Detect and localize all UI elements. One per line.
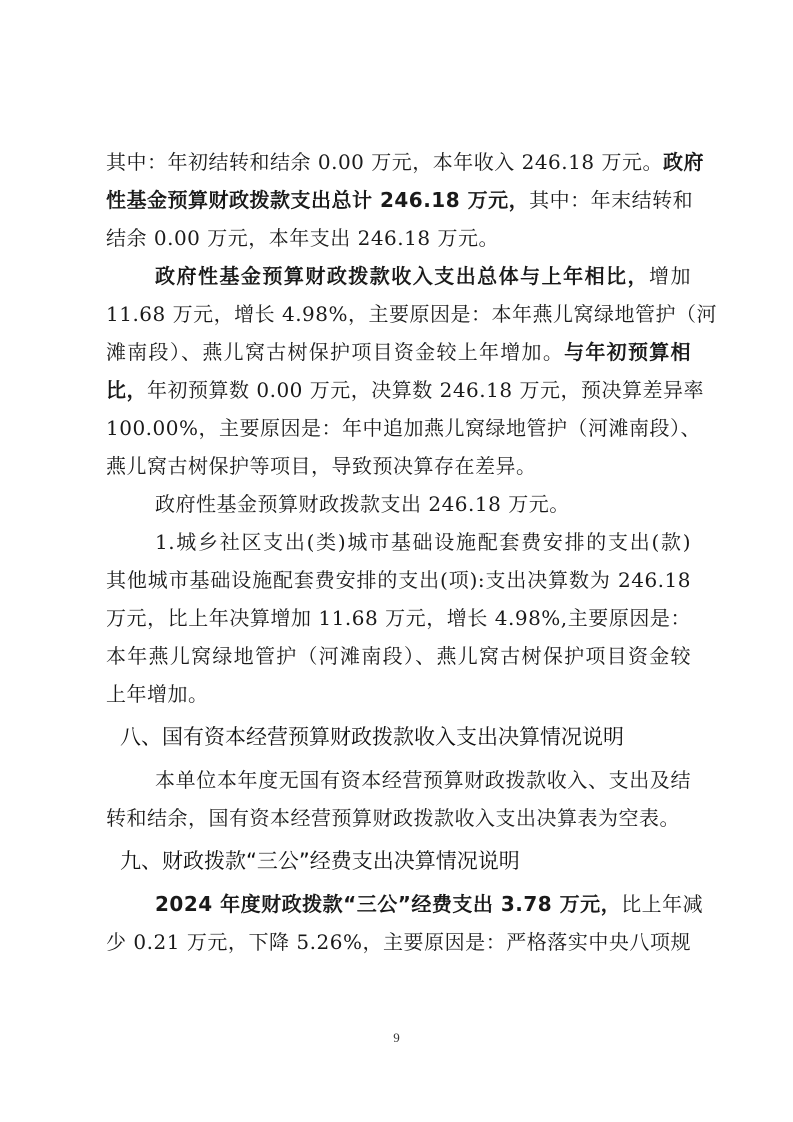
text-bold: 与年初预算相 [564, 340, 691, 364]
text-line: 万元，比上年决算增加 11.68 万元，增长 4.98%,主要原因是： [106, 599, 691, 637]
text-normal: 上年增加。 [106, 682, 209, 706]
text-line: 2024 年度财政拨款“三公”经费支出 3.78 万元，比上年减 [106, 885, 691, 923]
text-normal: 年初预算数 0.00 万元，决算数 246.18 万元，预决算差异率 [147, 378, 704, 402]
text-normal: 燕儿窝古树保护等项目，导致预决算存在差异。 [106, 454, 537, 478]
text-normal: 其他城市基础设施配套费安排的支出(项):支出决算数为 246.18 [106, 568, 691, 592]
text-normal: 增加 [649, 264, 691, 288]
text-line: 性基金预算财政拨款支出总计 246.18 万元，其中：年末结转和 [106, 181, 691, 219]
text-line: 结余 0.00 万元，本年支出 246.18 万元。 [106, 219, 691, 257]
text-line: 滩南段）、燕儿窝古树保护项目资金较上年增加。与年初预算相 [106, 333, 691, 371]
text-line: 本年燕儿窝绿地管护（河滩南段）、燕儿窝古树保护项目资金较 [106, 637, 691, 675]
text-line: 100.00%，主要原因是：年中追加燕儿窝绿地管护（河滩南段）、 [106, 409, 691, 447]
text-line: 燕儿窝古树保护等项目，导致预决算存在差异。 [106, 447, 691, 485]
section-9: 九、财政拨款“三公”经费支出决算情况说明 2024 年度财政拨款“三公”经费支出… [106, 839, 691, 961]
text-bold: 2024 年度财政拨款“三公”经费支出 3.78 万元， [155, 892, 621, 916]
text-line: 政府性基金预算财政拨款支出 246.18 万元。 [106, 485, 691, 523]
text-normal: 政府性基金预算财政拨款支出 246.18 万元。 [155, 492, 570, 516]
text-bold: 政府性基金预算财政拨款收入支出总体与上年相比， [155, 264, 649, 288]
text-bold: 性基金预算财政拨款支出总计 246.18 万元， [106, 188, 529, 212]
text-normal: 1.城乡社区支出(类)城市基础设施配套费安排的支出(款) [155, 530, 691, 554]
document-page: 其中：年初结转和结余 0.00 万元，本年收入 246.18 万元。政府 性基金… [0, 0, 793, 1122]
section-9-heading: 九、财政拨款“三公”经费支出决算情况说明 [106, 839, 691, 883]
text-normal: 结余 0.00 万元，本年支出 246.18 万元。 [106, 226, 499, 250]
section-8: 八、国有资本经营预算财政拨款收入支出决算情况说明 本单位本年度无国有资本经营预算… [106, 715, 691, 837]
paragraph-fund-budget-totals: 其中：年初结转和结余 0.00 万元，本年收入 246.18 万元。政府 性基金… [106, 143, 691, 257]
text-normal: 本年燕儿窝绿地管护（河滩南段）、燕儿窝古树保护项目资金较 [106, 644, 691, 668]
paragraph-expenditure-item-1: 1.城乡社区支出(类)城市基础设施配套费安排的支出(款) 其他城市基础设施配套费… [106, 523, 691, 713]
paragraph-year-comparison: 政府性基金预算财政拨款收入支出总体与上年相比，增加 11.68 万元，增长 4.… [106, 257, 691, 485]
paragraph-fund-expenditure: 政府性基金预算财政拨款支出 246.18 万元。 [106, 485, 691, 523]
text-line: 政府性基金预算财政拨款收入支出总体与上年相比，增加 [106, 257, 691, 295]
text-line: 本单位本年度无国有资本经营预算财政拨款收入、支出及结 [106, 761, 691, 799]
text-normal: 11.68 万元，增长 4.98%，主要原因是：本年燕儿窝绿地管护（河 [106, 302, 717, 326]
text-normal: 滩南段）、燕儿窝古树保护项目资金较上年增加。 [106, 340, 564, 364]
text-line: 上年增加。 [106, 675, 691, 713]
text-normal: 比上年减 [621, 892, 703, 916]
text-normal: 其中：年末结转和 [529, 188, 693, 212]
text-normal: 100.00%，主要原因是：年中追加燕儿窝绿地管护（河滩南段）、 [106, 416, 701, 440]
text-line: 比，年初预算数 0.00 万元，决算数 246.18 万元，预决算差异率 [106, 371, 691, 409]
section-8-heading: 八、国有资本经营预算财政拨款收入支出决算情况说明 [106, 715, 691, 759]
text-normal: 万元，比上年决算增加 11.68 万元，增长 4.98%,主要原因是： [106, 606, 691, 630]
text-line: 11.68 万元，增长 4.98%，主要原因是：本年燕儿窝绿地管护（河 [106, 295, 691, 333]
text-line: 少 0.21 万元，下降 5.26%，主要原因是：严格落实中央八项规 [106, 923, 691, 961]
text-bold: 比， [106, 378, 147, 402]
text-bold: 政府 [663, 150, 704, 174]
text-line: 转和结余，国有资本经营预算财政拨款收入支出决算表为空表。 [106, 799, 691, 837]
text-line: 其他城市基础设施配套费安排的支出(项):支出决算数为 246.18 [106, 561, 691, 599]
document-body: 其中：年初结转和结余 0.00 万元，本年收入 246.18 万元。政府 性基金… [106, 143, 691, 961]
text-normal: 其中：年初结转和结余 0.00 万元，本年收入 246.18 万元。 [106, 150, 663, 174]
page-number: 9 [0, 1030, 793, 1046]
text-line: 其中：年初结转和结余 0.00 万元，本年收入 246.18 万元。政府 [106, 143, 691, 181]
text-line: 1.城乡社区支出(类)城市基础设施配套费安排的支出(款) [106, 523, 691, 561]
